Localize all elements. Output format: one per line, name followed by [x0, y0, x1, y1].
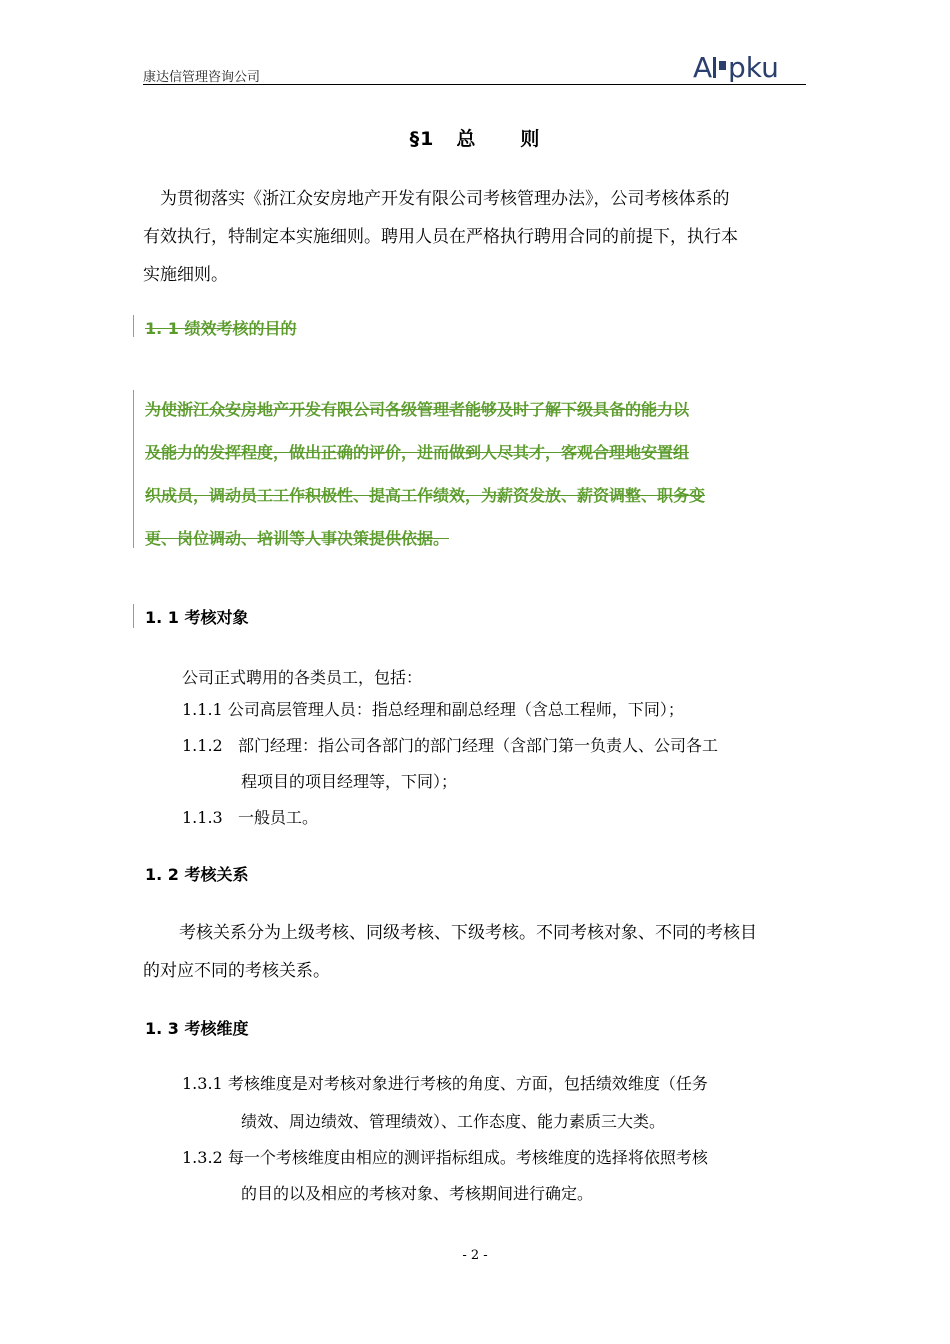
item-text: 一般员工。 [238, 808, 318, 827]
company-logo: A pku [693, 52, 806, 82]
intro-paragraph: 为贯彻落实《浙江众安房地产开发有限公司考核管理办法》，公司考核体系的 有效执行，… [143, 180, 806, 294]
item-text: 每一个考核维度由相应的测评指标组成。考核维度的选择将依照考核 [228, 1148, 708, 1167]
list-item: 1.1.3 一般员工。 [182, 800, 318, 836]
deleted-line: 为使浙江众安房地产开发有限公司各级管理者能够及时了解下级具备的能力以 [145, 388, 808, 431]
change-bar [133, 315, 134, 337]
change-bar [133, 604, 134, 628]
intro-line: 有效执行，特制定本实施细则。聘用人员在严格执行聘用合同的前提下，执行本 [143, 218, 806, 256]
paragraph-line: 的对应不同的考核关系。 [143, 952, 806, 990]
deleted-line: 织成员，调动员工工作积极性、提高工作绩效，为薪资发放、薪资调整、职务变 [145, 474, 808, 517]
heading-1-1: 1. 1 考核对象 [145, 605, 249, 628]
s1-2-paragraph: 考核关系分为上级考核、同级考核、下级考核。不同考核对象、不同的考核目 的对应不同… [143, 914, 806, 990]
item-continuation: 绩效、周边绩效、管理绩效）、工作态度、能力素质三大类。 [241, 1104, 665, 1140]
svg-text:A: A [693, 52, 712, 82]
section-title: §1总则 [0, 124, 950, 151]
svg-text:pku: pku [728, 52, 779, 82]
intro-line: 为贯彻落实《浙江众安房地产开发有限公司考核管理办法》，公司考核体系的 [143, 180, 806, 218]
deleted-line: 及能力的发挥程度，做出正确的评价，进而做到人尽其才，客观合理地安置组 [145, 431, 808, 474]
item-text: 部门经理：指公司各部门的部门经理（含部门第一负责人、公司各工 [238, 736, 718, 755]
item-number: 1.3.2 [182, 1148, 223, 1167]
item-text: 考核维度是对考核对象进行考核的角度、方面，包括绩效维度（任务 [228, 1074, 708, 1093]
deleted-line: 更、岗位调动、培训等人事决策提供依据。 [145, 517, 808, 560]
deleted-paragraph: 为使浙江众安房地产开发有限公司各级管理者能够及时了解下级具备的能力以 及能力的发… [145, 388, 808, 560]
deleted-heading: 1. 1 绩效考核的目的 [145, 316, 297, 339]
change-bar [133, 390, 134, 548]
list-item: 1.1.1 公司高层管理人员：指总经理和副总经理（含总工程师，下同）； [182, 692, 684, 728]
heading-1-3: 1. 3 考核维度 [145, 1016, 249, 1039]
heading-1-2: 1. 2 考核关系 [145, 862, 249, 885]
header-divider [143, 84, 806, 85]
list-item: 1.3.1 考核维度是对考核对象进行考核的角度、方面，包括绩效维度（任务 [182, 1066, 708, 1102]
page-number: - 2 - [0, 1248, 950, 1263]
item-number: 1.3.1 [182, 1074, 223, 1093]
item-continuation: 的目的以及相应的考核对象、考核期间进行确定。 [241, 1176, 593, 1212]
section-word-2: 则 [520, 128, 540, 150]
item-number: 1.1.2 [182, 736, 223, 755]
item-number: 1.1.1 [182, 700, 223, 719]
item-number: 1.1.3 [182, 808, 223, 827]
list-item: 1.3.2 每一个考核维度由相应的测评指标组成。考核维度的选择将依照考核 [182, 1140, 708, 1176]
paragraph-line: 考核关系分为上级考核、同级考核、下级考核。不同考核对象、不同的考核目 [143, 914, 806, 952]
section-word-1: 总 [456, 128, 476, 150]
item-text: 公司高层管理人员：指总经理和副总经理（含总工程师，下同）； [228, 700, 684, 719]
section-symbol: §1 [410, 128, 435, 150]
item-continuation: 程项目的项目经理等，下同）； [241, 764, 457, 800]
s1-1-intro: 公司正式聘用的各类员工，包括： [182, 660, 422, 696]
header-company-name: 康达信管理咨询公司 [143, 66, 260, 85]
list-item: 1.1.2 部门经理：指公司各部门的部门经理（含部门第一负责人、公司各工 [182, 728, 718, 764]
intro-line: 实施细则。 [143, 256, 806, 294]
